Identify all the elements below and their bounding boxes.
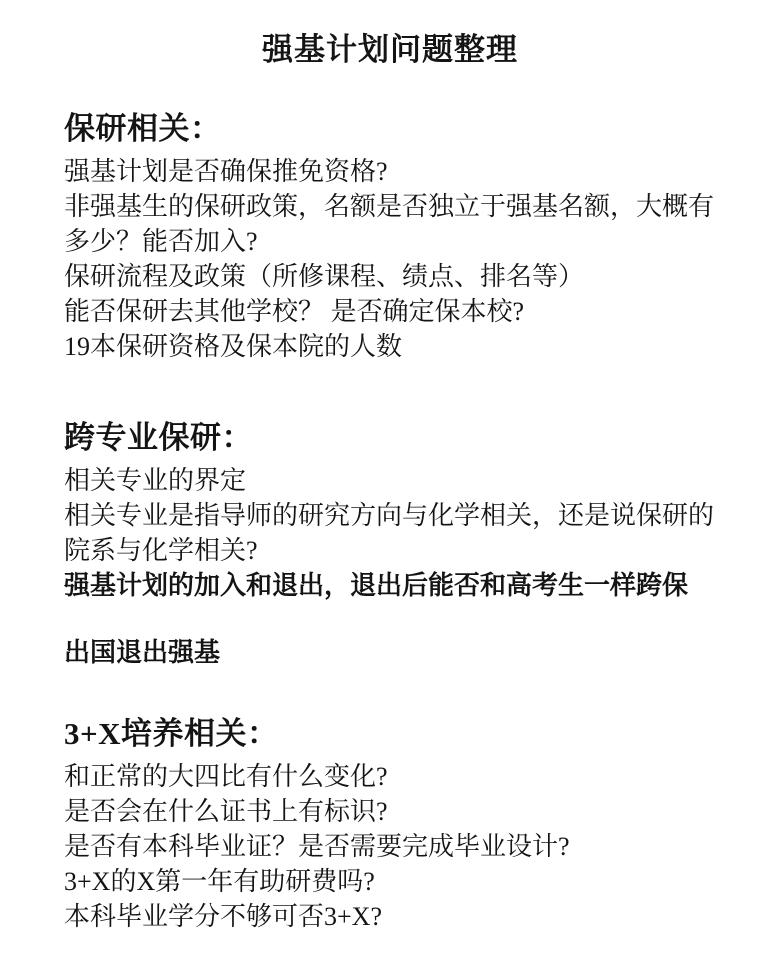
- page-title: 强基计划问题整理: [0, 0, 780, 69]
- question-line: 本科毕业学分不够可否3+X?: [64, 899, 714, 934]
- document-page: 强基计划问题整理 保研相关： 强基计划是否确保推免资格? 非强基生的保研政策，名…: [0, 0, 780, 964]
- section-heading: 跨专业保研：: [64, 418, 714, 458]
- question-line: 和正常的大四比有什么变化?: [64, 759, 714, 794]
- note-exit-abroad: 出国退出强基: [0, 635, 780, 670]
- question-line: 19本保研资格及保本院的人数: [64, 329, 714, 364]
- question-line: 是否会在什么证书上有标识?: [64, 794, 714, 829]
- section-cross-major-baoyan: 跨专业保研： 相关专业的界定 相关专业是指导师的研究方向与化学相关，还是说保研的…: [0, 418, 780, 603]
- section-heading: 保研相关：: [64, 109, 714, 149]
- question-line-bold: 强基计划的加入和退出，退出后能否和高考生一样跨保: [64, 568, 714, 603]
- section-3x-training: 3+X培养相关： 和正常的大四比有什么变化? 是否会在什么证书上有标识? 是否有…: [0, 714, 780, 964]
- question-line: 非强基生的保研政策，名额是否独立于强基名额，大概有多少？能否加入?: [64, 189, 714, 259]
- question-line: 3+X的X第一年有助研费吗?: [64, 864, 714, 899]
- question-line: 能否保研去其他学校？ 是否确定保本校?: [64, 294, 714, 329]
- section-heading: 3+X培养相关：: [64, 714, 714, 754]
- question-line: 是否有本科毕业证？是否需要完成毕业设计?: [64, 829, 714, 864]
- section-baoyan-related: 保研相关： 强基计划是否确保推免资格? 非强基生的保研政策，名额是否独立于强基名…: [0, 109, 780, 364]
- question-line: 相关专业是指导师的研究方向与化学相关，还是说保研的院系与化学相关?: [64, 498, 714, 568]
- question-line: 保研流程及政策（所修课程、绩点、排名等）: [64, 259, 714, 294]
- question-line: 强基计划是否确保推免资格?: [64, 154, 714, 189]
- question-line: 相关专业的界定: [64, 463, 714, 498]
